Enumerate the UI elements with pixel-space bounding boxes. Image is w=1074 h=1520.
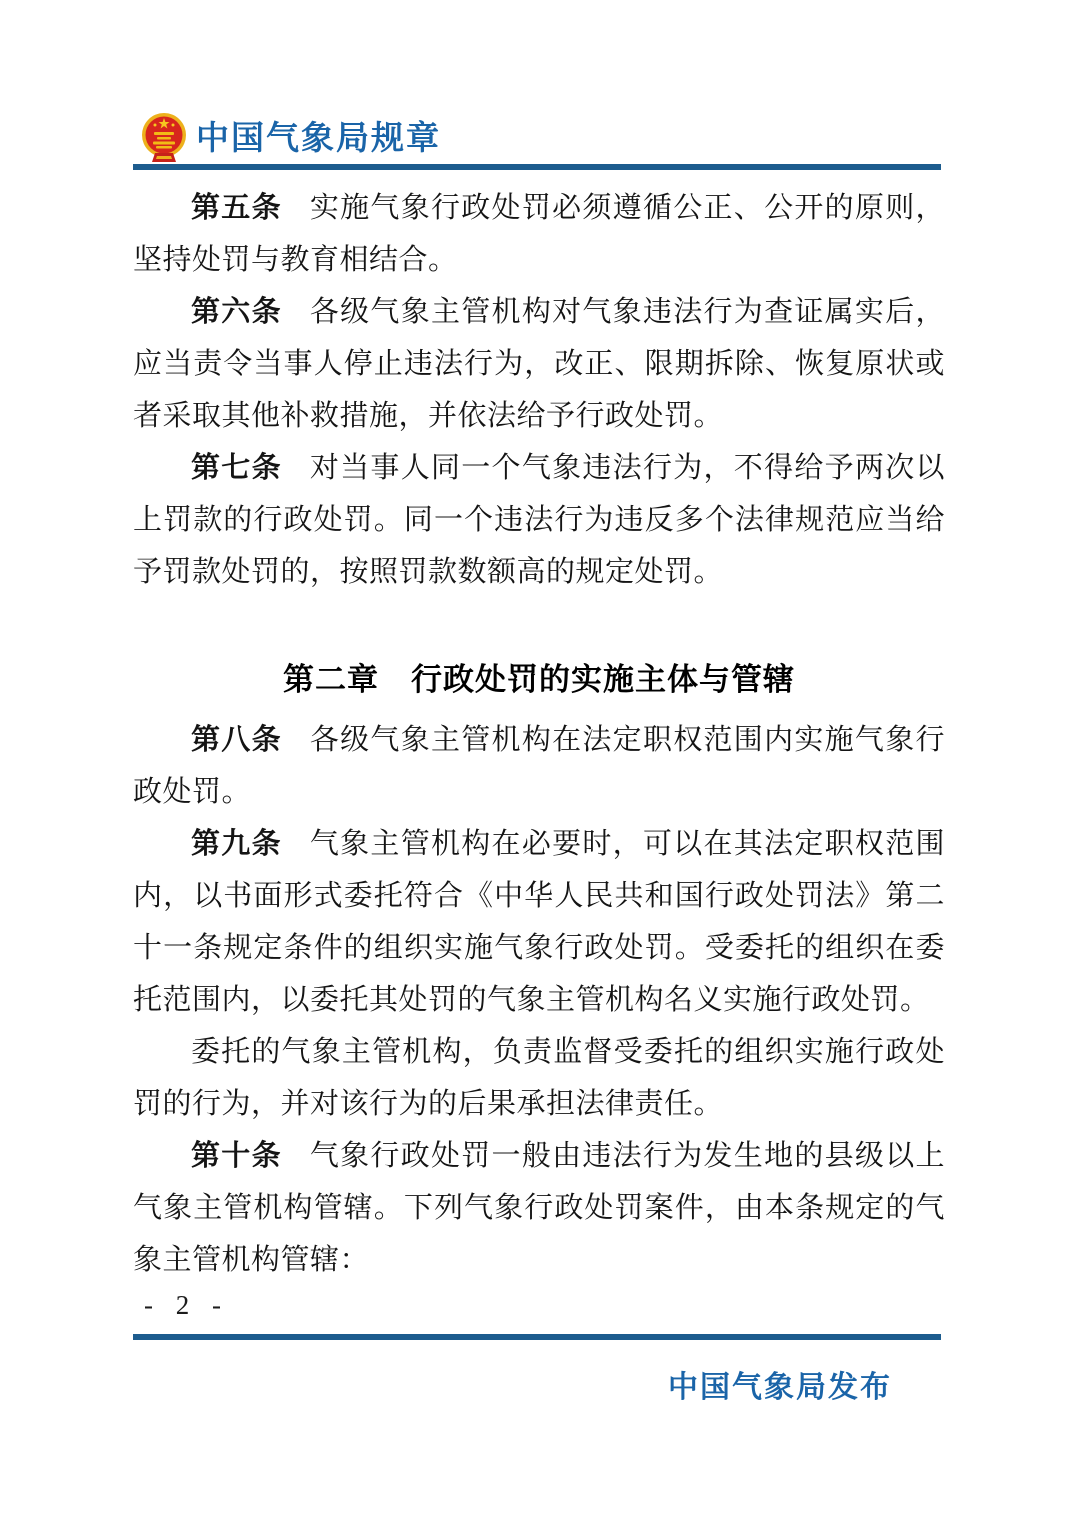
chapter-2-number: 第二章 [283,662,379,697]
article-6-paragraph: 第六条各级气象主管机构对气象违法行为查证属实后，应当责令当事人停止违法行为，改正… [133,286,945,442]
publisher-label: 中国气象局发布 [668,1362,892,1406]
article-9-second-text: 委托的气象主管机构，负责监督受委托的组织实施行政处罚的行为，并对该行为的后果承担… [133,1036,945,1120]
article-5-label: 第五条 [191,192,282,224]
article-8-label: 第八条 [191,724,282,756]
chapter-2-title: 行政处罚的实施主体与管辖 [411,662,795,697]
article-9-label: 第九条 [191,828,282,860]
article-7-label: 第七条 [191,452,282,484]
page-number: - 2 - [144,1290,229,1321]
article-6-label: 第六条 [191,296,282,328]
article-5-paragraph: 第五条实施气象行政处罚必须遵循公正、公开的原则，坚持处罚与教育相结合。 [133,182,945,286]
article-10-label: 第十条 [191,1140,282,1172]
header-divider-line [133,164,941,170]
document-header: 中国气象局规章 [140,112,441,164]
article-9-second-paragraph: 委托的气象主管机构，负责监督受委托的组织实施行政处罚的行为，并对该行为的后果承担… [133,1026,945,1130]
article-7-paragraph: 第七条对当事人同一个气象违法行为，不得给予两次以上罚款的行政处罚。同一个违法行为… [133,442,945,598]
chapter-2-heading: 第二章行政处罚的实施主体与管辖 [133,654,945,706]
document-type-title: 中国气象局规章 [196,121,441,156]
article-10-paragraph: 第十条气象行政处罚一般由违法行为发生地的县级以上气象主管机构管辖。下列气象行政处… [133,1130,945,1286]
document-body: 第五条实施气象行政处罚必须遵循公正、公开的原则，坚持处罚与教育相结合。 第六条各… [133,182,945,1286]
national-emblem-icon [140,112,188,164]
footer-divider-line [133,1334,941,1340]
article-8-paragraph: 第八条各级气象主管机构在法定职权范围内实施气象行政处罚。 [133,714,945,818]
article-9-paragraph: 第九条气象主管机构在必要时，可以在其法定职权范围内，以书面形式委托符合《中华人民… [133,818,945,1026]
